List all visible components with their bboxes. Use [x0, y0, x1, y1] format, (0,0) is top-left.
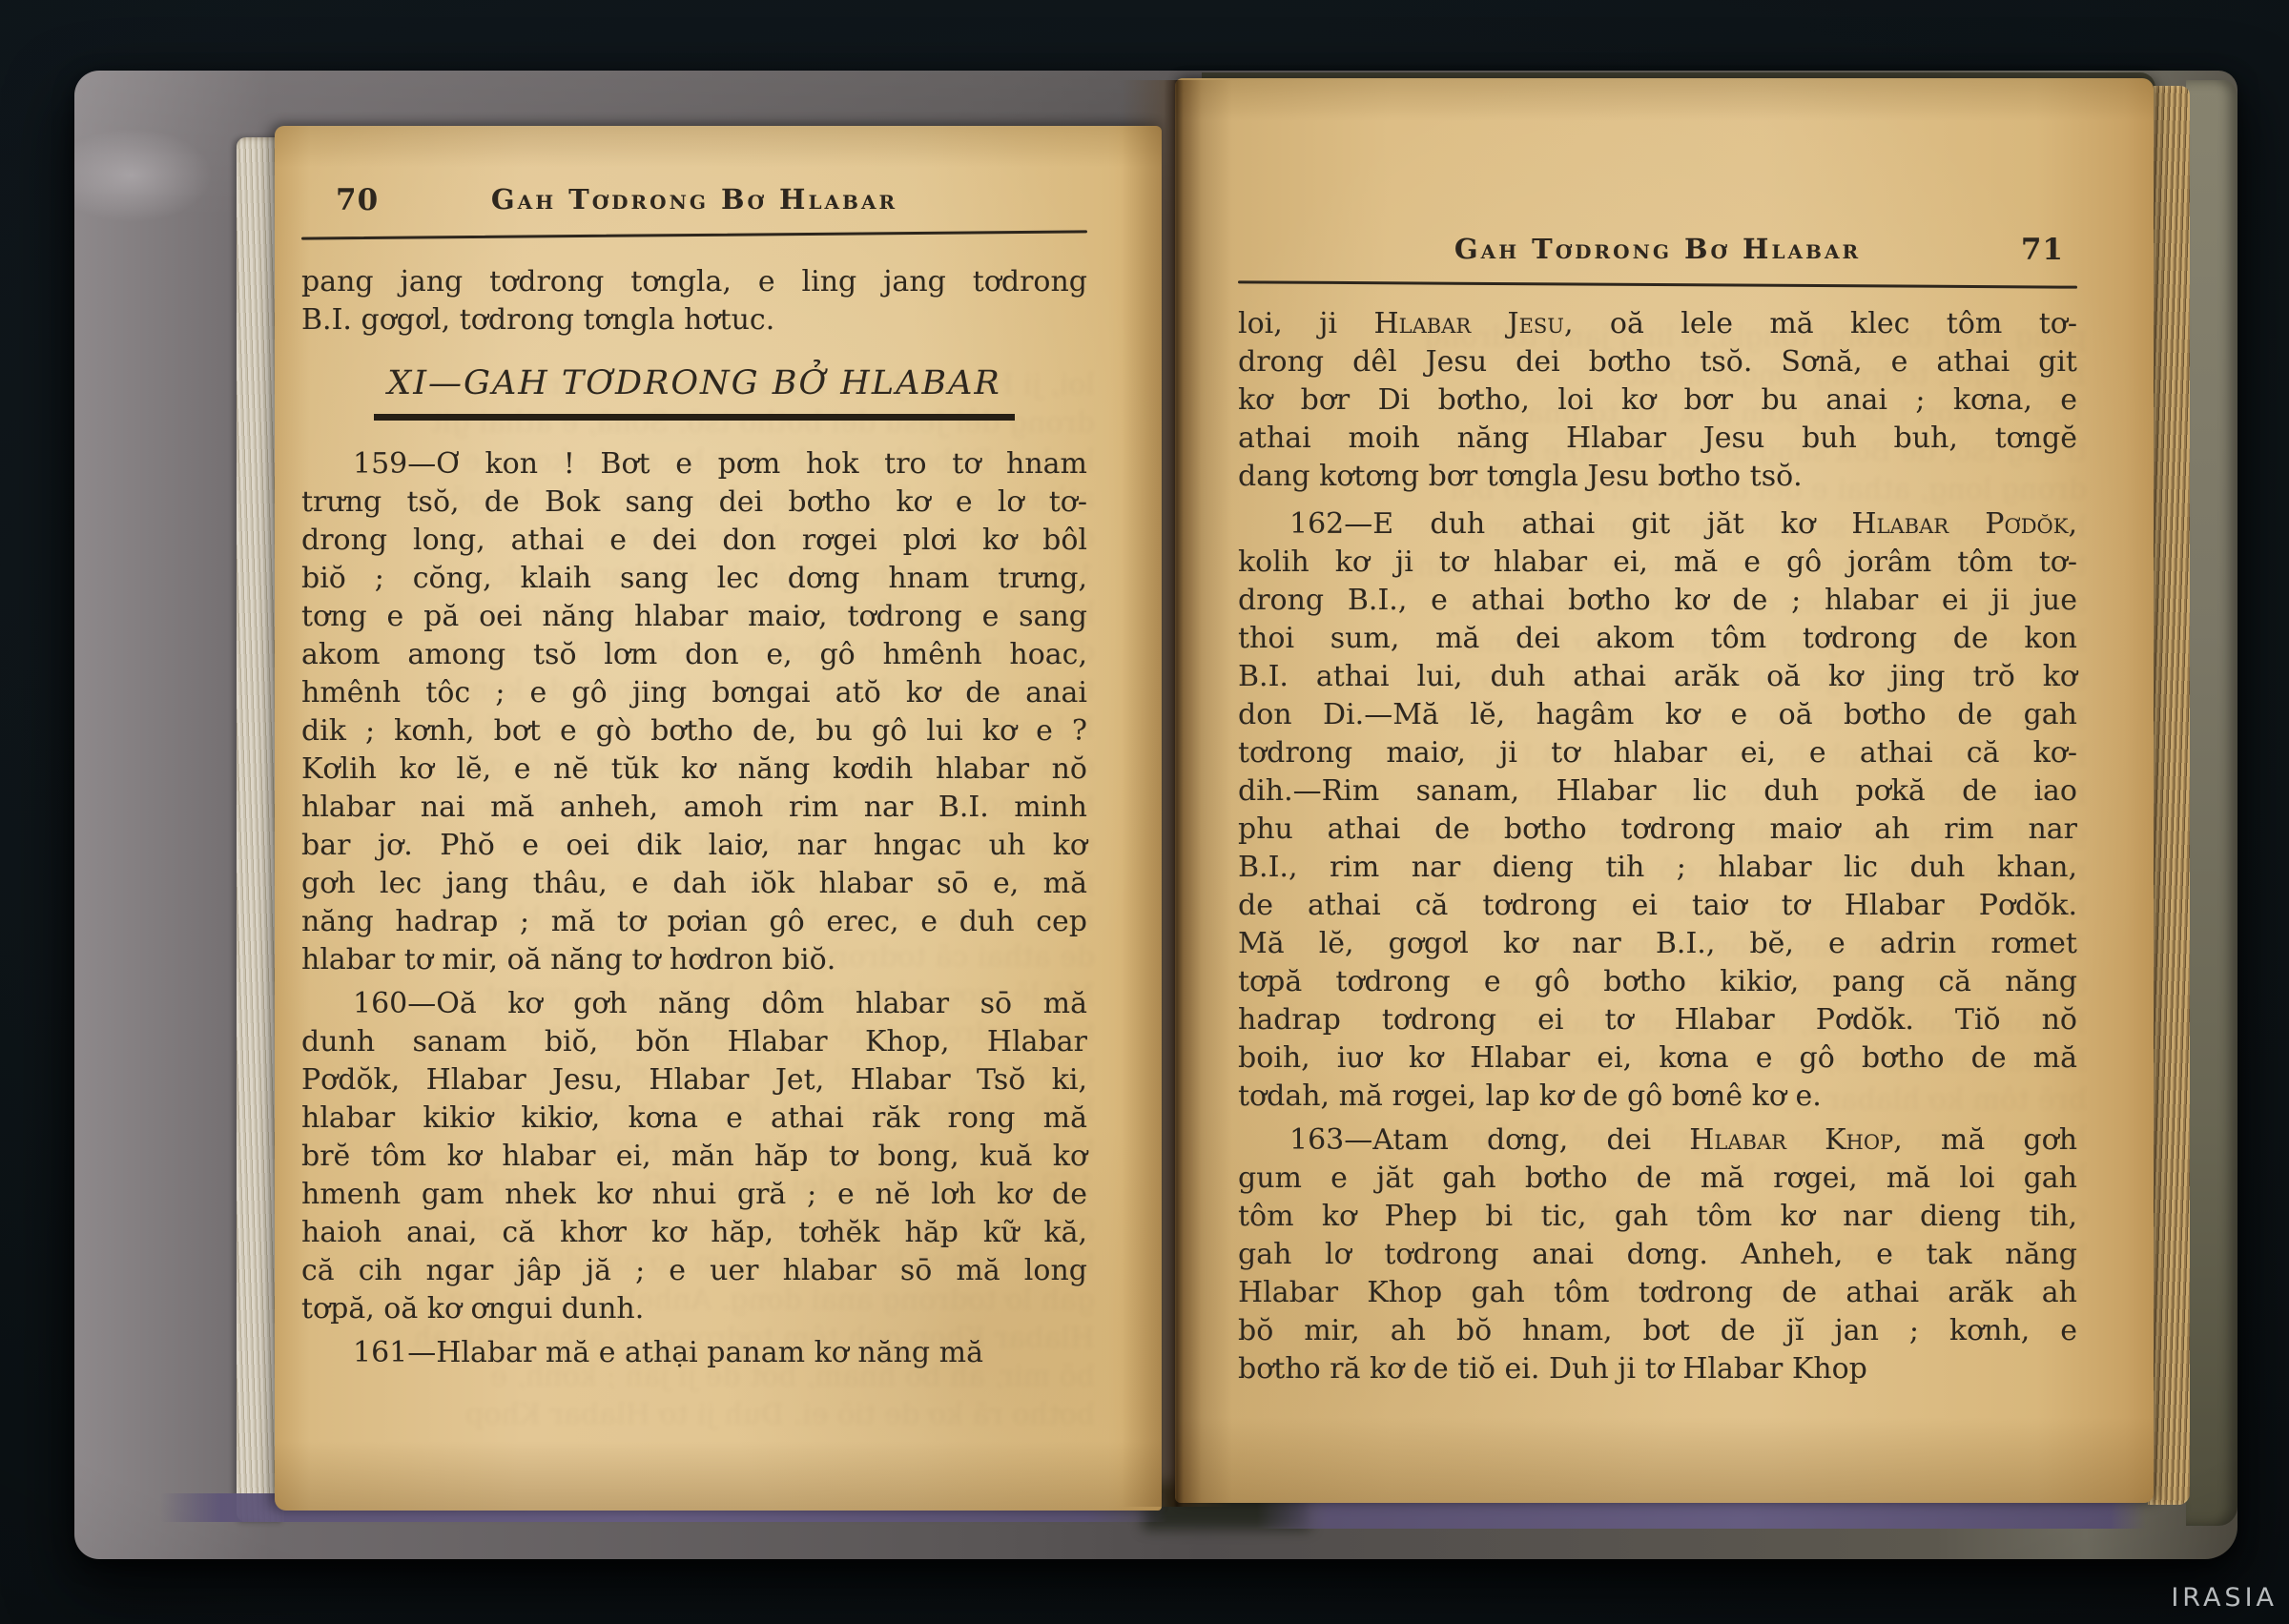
left-page-content: 70 Gah Tơdrong Bơ Hlabar pang jang tơdro…	[275, 126, 1162, 1511]
small-caps-name: Hlabar Khop	[1689, 1123, 1893, 1157]
small-caps-name: Hlabar Pơdŏk	[1851, 507, 2068, 541]
page-body: pang jang tơdrong tơngla, e ling jang tơ…	[301, 263, 1087, 1372]
text-line: gum e jăt gah bơtho de mă rơgei, mă loi …	[1238, 1160, 2077, 1198]
text-line: loi, ji Hlabar Jesu, oă lele mă klec tôm…	[1238, 305, 2077, 343]
text-line: tơpă, oă kơ ơngui dunh.	[301, 1290, 1087, 1328]
text-line: Hlabar Khop gah tôm tơdrong de athai ară…	[1238, 1274, 2077, 1312]
text-line: bơtho ră kơ de tiŏ ei. Duh ji tơ Hlabar …	[1238, 1350, 2077, 1388]
text-line: 159—Ơ kon ! Bơt e pơm hok tro tơ hnam	[301, 445, 1087, 483]
text-line: Kơlih kơ lĕ, e nĕ tŭk kơ năng kơdih hlab…	[301, 750, 1087, 789]
text-line: haioh anai, că khơr kơ hăp, tơhĕk hăp kữ…	[301, 1214, 1087, 1252]
text-line: tơpă tơdrong e gô bơtho kikiơ, pang că n…	[1238, 963, 2077, 1001]
page-body: loi, ji Hlabar Jesu, oă lele mă klec tôm…	[1238, 305, 2077, 1388]
right-page-content: Gah Tơdrong Bơ Hlabar 71 loi, ji Hlabar …	[1175, 78, 2154, 1503]
text-line: kolih kơ ji tơ hlabar ei, mă e gô jorâm …	[1238, 544, 2077, 582]
text-line: tôm kơ Phep bi tic, gah tôm kơ nar dieng…	[1238, 1198, 2077, 1236]
paragraph: 160—Oă kơ gơh năng dôm hlabar sō mădunh …	[301, 985, 1087, 1328]
text-line: dang kơtơng bơr tơngla Jesu bơtho tsŏ.	[1238, 458, 2077, 496]
text-line: hadrap tơdrong ei tơ Hlabar Pơdŏk. Tiŏ n…	[1238, 1001, 2077, 1039]
text-line: năng hadrap ; mă tơ pơian gô erec, e duh…	[301, 903, 1087, 941]
text-line: hmênh tôc ; e gô jing bơngai atŏ kơ de a…	[301, 674, 1087, 712]
chapter-heading: XI—GAH TƠDRONG BỞ HLABAR	[301, 362, 1087, 421]
text-line: biŏ ; cŏng, klaih sang lec dơng hnam trư…	[301, 560, 1087, 598]
text-line: dih.—Rim sanam, Hlabar lic duh pơkă de i…	[1238, 772, 2077, 811]
text-line: phu athai de bơtho tơdrong maiơ ah rim n…	[1238, 811, 2077, 849]
header-rule	[301, 230, 1087, 239]
page-header: 70 Gah Tơdrong Bơ Hlabar	[301, 183, 1087, 221]
chapter-heading-text: XI—GAH TƠDRONG BỞ HLABAR	[374, 362, 1014, 421]
text-line: 162—E duh athai git jăt kơ Hlabar Pơdŏk,	[1238, 505, 2077, 544]
text-line: 161—Hlabar mă e athại panam kơ năng mă	[301, 1334, 1087, 1372]
text-line: drong B.I., e athai bơtho kơ de ; hlabar…	[1238, 582, 2077, 620]
text-line: don Di.—Mă lĕ, hagâm kơ e oă bơtho de ga…	[1238, 696, 2077, 734]
text-line: tơdrong maiơ, ji tơ hlabar ei, e athai c…	[1238, 734, 2077, 772]
text-line: gơh lec jang thâu, e dah iŏk hlabar sō e…	[301, 865, 1087, 903]
text-line: athai moih năng Hlabar Jesu buh buh, tơn…	[1238, 420, 2077, 458]
left-page: loi, ji Hlabar Jesu, oă lele mă klec tôm…	[275, 126, 1162, 1511]
continuation-paragraph: loi, ji Hlabar Jesu, oă lele mă klec tôm…	[1238, 305, 2077, 496]
text-line: gah lơ tơdrong anai dơng. Anheh, e tak n…	[1238, 1236, 2077, 1274]
text-line: kơ bơr Di bơtho, loi kơ bơr bu anai ; kơ…	[1238, 381, 2077, 420]
right-page: pang jang tơdrong tơngla, e ling jang tơ…	[1175, 78, 2154, 1503]
text-line: 160—Oă kơ gơh năng dôm hlabar sō mă	[301, 985, 1087, 1023]
text-line: boih, iuơ kơ Hlabar ei, kơna e gô bơtho …	[1238, 1039, 2077, 1078]
text-line: Mă lĕ, gơgơl kơ nar B.I., bĕ, e adrin rơ…	[1238, 925, 2077, 963]
watermark: IRASIA	[2171, 1583, 2278, 1613]
paragraph: 161—Hlabar mă e athại panam kơ năng mă	[301, 1334, 1087, 1372]
text-line: bar jơ. Phŏ e oei dik laiơ, nar hngac uh…	[301, 827, 1087, 865]
cover-right-edge	[2186, 80, 2237, 1526]
paragraph: 163—Atam dơng, dei Hlabar Khop, mă gơhgu…	[1238, 1121, 2077, 1388]
text-line: tơdah, mă rơgei, lap kơ de gô bơnê kơ e.	[1238, 1078, 2077, 1116]
text-line: dunh sanam biŏ, bŏn Hlabar Khop, Hlabar	[301, 1023, 1087, 1061]
text-line: trưng tsŏ, de Bok sang dei bơtho kơ e lơ…	[301, 483, 1087, 522]
page-number: 71	[2021, 233, 2064, 267]
text-line: 163—Atam dơng, dei Hlabar Khop, mă gơh	[1238, 1121, 2077, 1160]
text-line: că cih ngar jâp jă ; e uer hlabar sō mă …	[301, 1252, 1087, 1290]
text-line: drong dêl Jesu dei bơtho tsŏ. Sơnă, e at…	[1238, 343, 2077, 381]
running-title: Gah Tơdrong Bơ Hlabar	[301, 183, 1087, 216]
text-line: hlabar kikiơ kikiơ, kơna e athai răk ron…	[301, 1100, 1087, 1138]
page-header: Gah Tơdrong Bơ Hlabar 71	[1238, 233, 2077, 271]
running-title: Gah Tơdrong Bơ Hlabar	[1238, 233, 2077, 265]
text-line: akom among tsŏ lơm don e, gô hmênh hoac,	[301, 636, 1087, 674]
paragraph: 159—Ơ kon ! Bơt e pơm hok tro tơ hnamtrư…	[301, 445, 1087, 979]
text-line: B.I. athai lui, duh athai arăk oă kơ jin…	[1238, 658, 2077, 696]
text-line: de athai că tơdrong ei taiơ tơ Hlabar Pơ…	[1238, 887, 2077, 925]
text-line: hlabar nai mă anheh, amoh rim nar B.I. m…	[301, 789, 1087, 827]
small-caps-name: Hlabar Jesu	[1373, 307, 1564, 340]
continuation-paragraph: pang jang tơdrong tơngla, e ling jang tơ…	[301, 263, 1087, 339]
page-edges-right	[2148, 86, 2190, 1505]
text-line: pang jang tơdrong tơngla, e ling jang tơ…	[301, 263, 1087, 301]
text-line: hlabar tơ mir, oă năng tơ hơdron biŏ.	[301, 941, 1087, 979]
text-line: brĕ tôm kơ hlabar ei, măn hăp tơ bong, k…	[301, 1138, 1087, 1176]
binding-strip-right	[1257, 1503, 2146, 1529]
photo-of-open-book: { "watermark": "IRASIA", "colors": { "ba…	[0, 0, 2289, 1624]
text-line: Pơdŏk, Hlabar Jesu, Hlabar Jet, Hlabar T…	[301, 1061, 1087, 1100]
text-line: bŏ mir, ah bŏ hnam, bơt de jĭ jan ; kơnh…	[1238, 1312, 2077, 1350]
text-line: B.I. gơgơl, tơdrong tơngla hơtuc.	[301, 301, 1087, 339]
text-line: dik ; kơnh, bơt e gò bơtho de, bu gô lui…	[301, 712, 1087, 750]
text-line: B.I., rim nar dieng tih ; hlabar lic duh…	[1238, 849, 2077, 887]
paragraph: 162—E duh athai git jăt kơ Hlabar Pơdŏk,…	[1238, 505, 2077, 1116]
page-number: 70	[336, 183, 379, 217]
text-line: tơng e pă oei năng hlabar maiơ, tơdrong …	[301, 598, 1087, 636]
text-line: drong long, athai e dei don rơgei plơi k…	[301, 522, 1087, 560]
text-line: thoi sum, mă dei akom tôm tơdrong de kon	[1238, 620, 2077, 658]
header-rule	[1238, 280, 2077, 288]
text-line: hmenh gam nhek kơ nhui gră ; e nĕ lơh kơ…	[301, 1176, 1087, 1214]
